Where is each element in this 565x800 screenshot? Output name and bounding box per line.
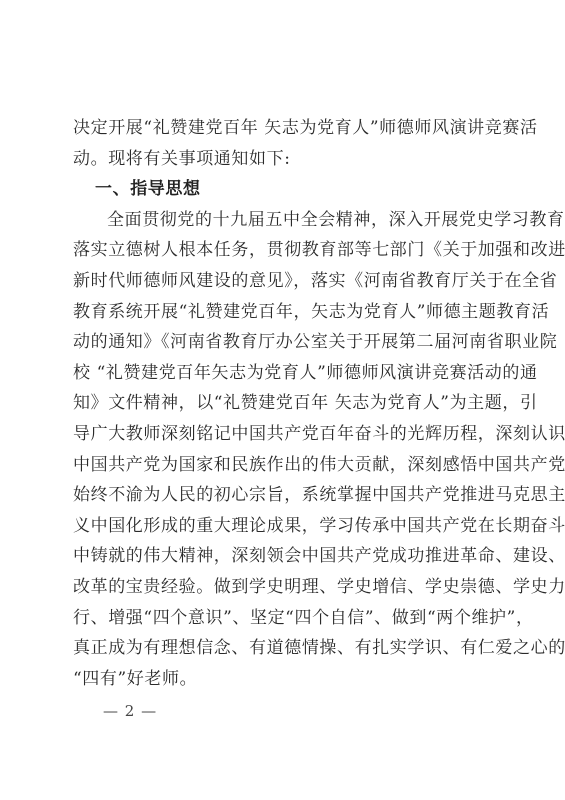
body-line: 知》文件精神，以“礼赞建党百年 矢志为党育人”为主题，引 [73,388,497,419]
body-line: “四有”好老师。 [73,664,497,695]
intro-line-1: 决定开展“礼赞建党百年 矢志为党育人”师德师风演讲竞赛活 [73,113,497,144]
body-line: 导广大教师深刻铭记中国共产党百年奋斗的光辉历程，深刻认识 [73,419,497,450]
intro-line-2: 动。现将有关事项通知如下: [73,144,497,175]
page-number: — 2 — [103,702,157,720]
body-line: 校 “礼赞建党百年矢志为党育人”师德师风演讲竞赛活动的通 [73,358,497,389]
body-line: 全面贯彻党的十九届五中全会精神，深入开展党史学习教育， [73,205,497,236]
body-line: 动的通知》《河南省教育厅办公室关于开展第二届河南省职业院 [73,327,497,358]
body-line: 落实立德树人根本任务，贯彻教育部等七部门《关于加强和改进 [73,235,497,266]
body-line: 始终不渝为人民的初心宗旨，系统掌握中国共产党推进马克思主 [73,480,497,511]
body-line: 义中国化形成的重大理论成果，学习传承中国共产党在长期奋斗 [73,511,497,542]
body-line: 中国共产党为国家和民族作出的伟大贡献，深刻感悟中国共产党 [73,450,497,481]
body-line: 中铸就的伟大精神，深刻领会中国共产党成功推进革命、建设、 [73,541,497,572]
document-page: 决定开展“礼赞建党百年 矢志为党育人”师德师风演讲竞赛活 动。现将有关事项通知如… [73,113,497,694]
body-line: 改革的宝贵经验。做到学史明理、学史增信、学史崇德、学史力 [73,572,497,603]
body-line: 真正成为有理想信念、有道德情操、有扎实学识、有仁爱之心的 [73,633,497,664]
body-line: 教育系统开展“礼赞建党百年，矢志为党育人”师德主题教育活 [73,297,497,328]
section-heading: 一、指导思想 [73,174,497,205]
body-line: 新时代师德师风建设的意见》，落实《河南省教育厅关于在全省 [73,266,497,297]
body-line: 行、增强“四个意识”、坚定“四个自信”、做到“两个维护”， [73,603,497,634]
